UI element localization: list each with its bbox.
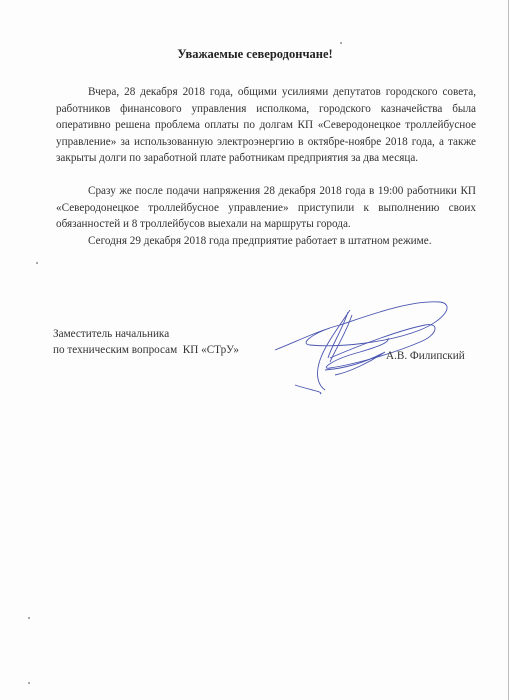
scan-speck (340, 42, 342, 44)
paragraph-line: Сегодня 29 декабря 2018 года предприятие… (56, 233, 476, 250)
paragraph-1: Вчера, 28 декабря 2018 года, общими усил… (56, 84, 476, 167)
paragraph-line: Сразу же после подачи напряжения 28 дека… (56, 183, 476, 200)
document-title: Уважаемые северодончане! (0, 47, 510, 62)
position-line-1: Заместитель начальника (53, 326, 239, 342)
paragraph-line: оперативно решена проблема оплаты по дол… (56, 117, 476, 134)
paragraph-3: Сегодня 29 декабря 2018 года предприятие… (56, 233, 476, 250)
paragraph-line: работников финансового управления исполк… (56, 101, 476, 118)
scan-speck (36, 262, 38, 264)
scan-speck (28, 682, 30, 684)
scanned-document-page: Уважаемые северодончане! Вчера, 28 декаб… (0, 0, 510, 700)
paragraph-line: обязанностей и 8 троллейбусов выехали на… (56, 216, 476, 233)
paragraph-2: Сразу же после подачи напряжения 28 дека… (56, 183, 476, 233)
paragraph-line: закрыты долги по заработной плате работн… (56, 150, 476, 167)
paragraph-line: Вчера, 28 декабря 2018 года, общими усил… (56, 84, 476, 101)
paragraph-line: управление» за использованную электроэне… (56, 134, 476, 151)
page-edge (508, 0, 509, 700)
signatory-name: А.В. Филипский (386, 350, 465, 362)
scan-speck (28, 617, 30, 619)
handwritten-signature-icon (270, 290, 470, 400)
position-line-2: по техническим вопросам КП «СТрУ» (53, 342, 239, 358)
signatory-position: Заместитель начальника по техническим во… (53, 326, 239, 358)
paragraph-line: «Северодонецкое троллейбусное управление… (56, 200, 476, 217)
